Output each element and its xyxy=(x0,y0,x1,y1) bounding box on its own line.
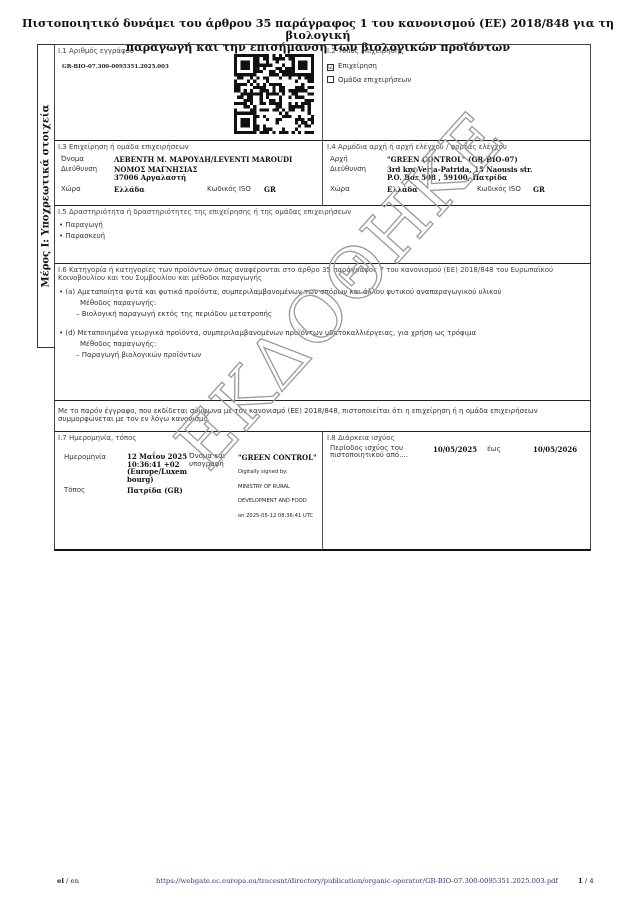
i4-authority-label: Αρχή xyxy=(330,155,348,163)
i4-label: I.4 Αρμόδια αρχή ή αρχή ελέγχου / φορέας… xyxy=(327,143,587,151)
i5-label: I.5 Δραστηριότητα ή δραστηριότητες της ε… xyxy=(58,208,586,216)
signer-label: Όνομα και υπογραφή xyxy=(189,453,225,468)
i3-label: I.3 Επιχείρηση ή ομάδα επιχειρήσεων xyxy=(58,143,320,151)
language-alt[interactable]: en xyxy=(71,877,79,885)
activity-item: • Παραγωγή xyxy=(59,221,586,229)
title-line-1: Πιστοποιητικό δυνάμει του άρθρου 35 παρά… xyxy=(0,17,636,41)
issue-place: Πατρίδα (GR) xyxy=(127,486,183,495)
divider-col-bottom xyxy=(322,431,323,550)
valid-from: 10/05/2025 xyxy=(433,445,477,454)
section-i3: I.3 Επιχείρηση ή ομάδα επιχειρήσεων Όνομ… xyxy=(58,143,320,205)
statement-line-1: Με το παρόν έγγραφο, που εκδίδεται σύμφω… xyxy=(58,407,586,415)
certificate-frame: I.1 Αριθμός εγγράφου GR-BIO-07.300-00953… xyxy=(54,44,591,551)
i2-label: I.2 Τύπος επιχείρησης xyxy=(327,47,587,55)
digital-signature: Digitally signed by: MINISTRY OF RURAL D… xyxy=(238,465,313,523)
business-type-option-group: Ομάδα επιχειρήσεων xyxy=(327,76,587,84)
i6-label-line-1: I.6 Κατηγορία ή κατηγορίες των προϊόντων… xyxy=(58,266,586,274)
i4-country-label: Χώρα xyxy=(330,185,350,193)
valid-to: 10/05/2026 xyxy=(533,445,577,454)
language-separator: / xyxy=(64,877,71,885)
i6-label-line-2: Κοινοβουλίου και του Συμβουλίου και μέθο… xyxy=(58,274,586,282)
document-url-link[interactable]: https://webgate.ec.europa.eu/tracesnt/di… xyxy=(156,877,558,885)
i7-date-label: Ημερομηνία xyxy=(64,453,106,461)
authority-iso: GR xyxy=(533,185,545,194)
i7-label: I.7 Ημερομηνία, τόπος xyxy=(58,434,320,442)
divider-col-top xyxy=(322,45,323,206)
option-label: Επιχείρηση xyxy=(338,62,377,70)
section-i5: I.5 Δραστηριότητα ή δραστηριότητες της ε… xyxy=(58,208,586,262)
qr-code-icon xyxy=(234,54,314,134)
i7-place-label: Τόπος xyxy=(64,486,85,494)
i3-iso-label: Κωδικός ISO xyxy=(207,185,251,193)
i3-country-label: Χώρα xyxy=(61,185,81,193)
signer-name: "GREEN CONTROL" xyxy=(238,453,317,462)
operator-name: ΛΕΒΕΝΤΗ Μ. ΜΑΡΟΥΔΗ/LEVENTI MAROUDI xyxy=(114,155,292,164)
language-current[interactable]: el xyxy=(57,877,64,885)
product-category-d: • (d) Μεταποιημένα γεωργικά προϊόντα, συ… xyxy=(59,329,586,337)
page-indicator: 1 / 4 xyxy=(578,877,594,885)
signature-line: on 2025-05-12 08:36:41 UTC xyxy=(238,509,313,524)
section-i7: I.7 Ημερομηνία, τόπος Ημερομηνία 12 Μαΐο… xyxy=(58,434,320,549)
authority-address-line-2: P.O. Box 508 , 59100, Πατρίδα xyxy=(387,173,507,182)
language-switch: el / en xyxy=(57,877,79,885)
issue-date-line-4: bourg) xyxy=(127,476,187,484)
i3-name-label: Όνομα xyxy=(61,155,84,163)
product-category-a: • (a) Αμεταποίητα φυτά και φυτικά προϊόν… xyxy=(59,288,586,296)
section-i6: I.6 Κατηγορία ή κατηγορίες των προϊόντων… xyxy=(58,266,586,398)
part-label: Μέρος I: Υποχρεωτικά στοιχεία xyxy=(41,105,52,288)
divider-row-4 xyxy=(55,400,590,401)
method-label: Μέθοδος παραγωγής: xyxy=(80,299,586,307)
i3-address-label: Διεύθυνση xyxy=(61,165,97,173)
section-i4: I.4 Αρμόδια αρχή ή αρχή ελέγχου / φορέας… xyxy=(327,143,587,205)
validity-label-line-2: πιστοποιητικού από.... xyxy=(330,452,408,459)
control-authority: "GREEN CONTROL" (GR-BIO-07) xyxy=(387,155,518,164)
part-side-strip: Μέρος I: Υποχρεωτικά στοιχεία xyxy=(37,44,54,348)
statement-line-2: συμμορφώνεται με τον εν λόγω κανονισμό. xyxy=(58,415,586,423)
operator-country: Ελλάδα xyxy=(114,185,145,194)
section-i8: I.8 Διάρκεια ισχύος Περίοδος ισχύος του … xyxy=(327,434,587,549)
signature-line: MINISTRY OF RURAL xyxy=(238,480,313,495)
page-total: / 4 xyxy=(583,877,594,885)
production-method: – Βιολογική παραγωγή εκτός της περιόδου … xyxy=(76,310,586,318)
i4-iso-label: Κωδικός ISO xyxy=(477,185,521,193)
activity-item: • Παρασκευή xyxy=(59,232,586,240)
business-type-option-business: ☑Επιχείρηση xyxy=(327,62,587,71)
signer-label-line-2: υπογραφή xyxy=(189,461,225,469)
validity-period-label: Περίοδος ισχύος του πιστοποιητικού από..… xyxy=(330,445,408,459)
divider-row-3 xyxy=(55,263,590,264)
option-label: Ομάδα επιχειρήσεων xyxy=(338,76,411,84)
section-i2: I.2 Τύπος επιχείρησης ☑Επιχείρηση Ομάδα … xyxy=(327,47,587,139)
checkbox-checked-icon: ☑ xyxy=(327,64,334,71)
operator-iso: GR xyxy=(264,185,276,194)
production-method: – Παραγωγή βιολογικών προϊόντων xyxy=(76,351,586,359)
i8-label: I.8 Διάρκεια ισχύος xyxy=(327,434,587,442)
checkbox-unchecked-icon xyxy=(327,76,334,83)
signature-line: Digitally signed by: xyxy=(238,465,313,480)
authority-country: Ελλάδα xyxy=(387,185,418,194)
issue-date: 12 Μαΐου 2025 10:36:41 +02 (Europe/Luxem… xyxy=(127,453,187,483)
operator-address-line-2: 37006 Αργαλαστή xyxy=(114,173,186,182)
method-label: Μέθοδος παραγωγής: xyxy=(80,340,586,348)
signature-line: DEVELOPMENT AND FOOD xyxy=(238,494,313,509)
compliance-statement: Με το παρόν έγγραφο, που εκδίδεται σύμφω… xyxy=(58,407,586,429)
valid-to-label: έως xyxy=(487,445,501,453)
i4-address-label: Διεύθυνση xyxy=(330,165,366,173)
